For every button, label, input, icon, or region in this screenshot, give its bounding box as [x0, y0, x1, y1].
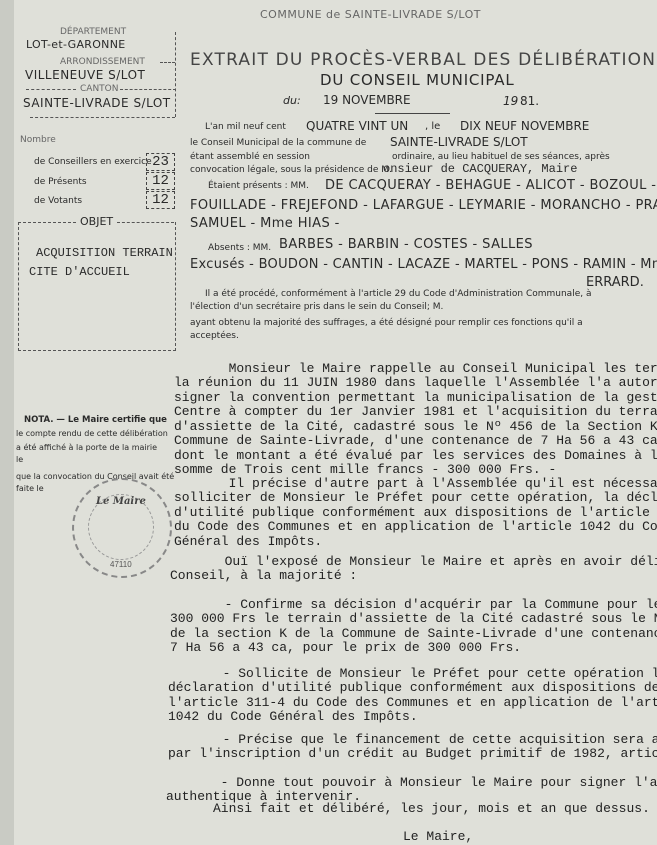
preamble-l4a: convocation légale, sous la présidence d… [190, 165, 392, 175]
date-prefix: du: [283, 94, 301, 107]
count-label-votants: de Votants [34, 196, 82, 206]
objet-box [18, 222, 176, 351]
present-names-2: FOUILLADE - FREJEFOND - LAFARGUE - LEYMA… [190, 198, 657, 213]
date-year-prefix: 19 [503, 94, 518, 108]
preamble-commune: SAINTE-LIVRADE S/LOT [390, 135, 528, 149]
commune-heading: COMMUNE de SAINTE-LIVRADE S/LOT [260, 8, 481, 21]
excuses-names-1: Excusés - BOUDON - CANTIN - LACAZE - MAR… [190, 257, 657, 272]
date-day-month: 19 NOVEMBRE [323, 93, 411, 107]
preamble-day-words: DIX NEUF NOVEMBRE [460, 119, 589, 133]
excuses-names-2: ERRARD. [586, 275, 644, 290]
count-value-presents: 12 [146, 172, 175, 190]
preamble-l1c: , le [425, 121, 440, 132]
preamble-l3a: étant assemblé en session [190, 152, 310, 162]
absent-label: Absents : MM. [208, 243, 271, 253]
count-label-presents: de Présents [34, 177, 87, 187]
nota-line-3: a été affiché à la porte de la mairie [16, 443, 157, 452]
arrondissement-value: VILLENEUVE S/LOT [25, 68, 145, 82]
preamble-president: onsieur de CACQUERAY, Maire [383, 162, 577, 176]
date-year-suffix: 81. [520, 94, 539, 108]
objet-line-1: ACQUISITION TERRAIN [36, 246, 173, 260]
objet-label: OBJET [80, 215, 113, 228]
secretary-line-3: ayant obtenu la majorité des suffrages, … [190, 318, 583, 328]
preamble-l2a: le Conseil Municipal de la commune de [190, 138, 366, 148]
present-label: Étaient présents : MM. [208, 181, 309, 191]
signature-label: Le Maire, [403, 830, 473, 845]
canton-label: CANTON [80, 84, 119, 94]
document-title: EXTRAIT DU PROCÈS-VERBAL DES DÉLIBÉRATIO… [190, 50, 657, 70]
nota-line-6: faite le [16, 484, 44, 493]
nota-line-2: le compte rendu de cette délibération [16, 429, 168, 438]
count-value-conseillers: 23 [146, 153, 175, 171]
stamp-center-text: Le Maire [96, 496, 146, 507]
canton-value: SAINTE-LIVRADE S/LOT [23, 96, 171, 110]
present-names-1: DE CACQUERAY - BEHAGUE - ALICOT - BOZOUL… [325, 178, 656, 193]
count-value-votants: 12 [146, 191, 175, 209]
nota-line-5: que la convocation du Conseil avait été [16, 472, 174, 481]
stamp-postcode: 47110 [110, 560, 132, 569]
count-label-conseillers: de Conseillers en exercice [34, 157, 152, 167]
mairie-stamp: Le Maire 47110 [72, 478, 172, 578]
secretary-line-4: acceptées. [190, 331, 239, 341]
departement-value: LOT-et-GARONNE [26, 38, 125, 51]
preamble-l3b: ordinaire, au lieu habituel de ses séanc… [392, 152, 610, 162]
closing-line: Ainsi fait et délibéré, les jour, mois e… [213, 802, 650, 817]
secretary-line-2: l'élection d'un secrétaire pris dans le … [190, 302, 443, 312]
preamble-l1a: L'an mil neuf cent [205, 122, 286, 132]
preamble-year-words: QUATRE VINT UN [306, 119, 408, 133]
absent-names: BARBES - BARBIN - COSTES - SALLES [279, 237, 533, 252]
counts-heading: Nombre [20, 135, 56, 145]
document-subtitle: DU CONSEIL MUNICIPAL [320, 71, 515, 89]
divider [375, 113, 450, 114]
nota-line-1: NOTA. — Le Maire certifie que [24, 415, 167, 425]
present-names-3: SAMUEL - Mme HIAS - [190, 216, 340, 231]
secretary-line-1: Il a été procédé, conformément à l'artic… [205, 289, 591, 299]
objet-line-2: CITE D'ACCUEIL [29, 265, 130, 279]
nota-line-4: le [16, 455, 23, 464]
departement-label: DÉPARTEMENT [60, 27, 126, 37]
arrondissement-label: ARRONDISSEMENT [60, 57, 145, 67]
